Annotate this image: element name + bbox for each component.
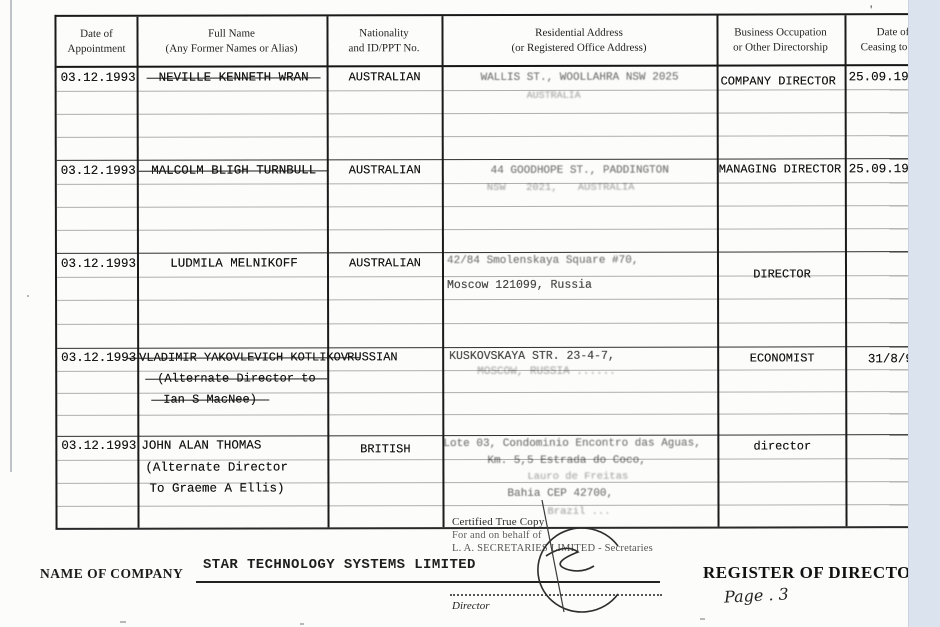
cell-full-name: MALCOLM BLIGH TURNBULL: [151, 163, 316, 177]
header-text: and ID/PPT No.: [327, 41, 442, 56]
cell-full-name: (Alternate Director to: [157, 371, 315, 385]
table-row: 03.12.1993 VLADIMIR YAKOVLEVICH KOTLIKOV…: [57, 347, 940, 437]
cell-nationality: AUSTRALIAN: [329, 256, 441, 270]
header-date-of-appointment: Date of Appointment: [56, 17, 136, 66]
cell-full-name: VLADIMIR YAKOVLEVICH KOTLIKOV: [139, 350, 348, 364]
header-text: Residential Address: [441, 25, 716, 40]
cell-full-name: JOHN ALAN THOMAS: [141, 438, 261, 452]
scan-speck: [300, 623, 304, 625]
page-number: Page . 3: [724, 584, 790, 606]
cell-nationality: BRITISH: [329, 442, 441, 456]
ruled-line: [57, 89, 940, 92]
header-text: (Any Former Names or Alias): [137, 41, 327, 56]
name-of-company-label: NAME OF COMPANY: [40, 566, 183, 582]
cell-date-of-appointment: 03.12.1993: [61, 439, 136, 453]
ruled-line: [57, 298, 940, 301]
table-row: 03.12.1993 LUDMILA MELNIKOFF AUSTRALIAN …: [57, 252, 940, 349]
cell-nationality: AUSTRALIAN: [329, 163, 441, 177]
cell-occupation: ECONOMIST: [719, 351, 845, 365]
ruled-line: [57, 205, 940, 208]
cell-address-line: KUSKOVSKAYA STR. 23-4-7,: [449, 350, 615, 363]
cell-date-of-appointment: 03.12.1993: [61, 71, 136, 85]
table-row: 03.12.1993 NEVILLE KENNETH WRAN AUSTRALI…: [57, 66, 940, 161]
ruled-line: [57, 112, 940, 115]
ruled-line: [57, 135, 940, 138]
cell-address-line: Lote 03, Condominio Encontro das Aguas,: [443, 438, 700, 451]
cell-address-line: 42/84 Smolenskaya Square #70,: [447, 255, 638, 267]
signature-scribble: [468, 498, 678, 616]
cell-nationality: RUSSIAN: [347, 350, 397, 364]
scan-edge-line: [10, 0, 12, 472]
cell-date-of-appointment: 03.12.1993: [61, 164, 136, 178]
header-nationality: Nationality and ID/PPT No.: [326, 16, 441, 65]
scan-speck: [700, 618, 705, 620]
scan-speck: [27, 295, 29, 297]
company-name: STAR TECHNOLOGY SYSTEMS LIMITED: [203, 557, 476, 573]
cell-address-line: WALLIS ST., WOOLLAHRA NSW 2025: [449, 72, 711, 85]
header-text: (or Registered Office Address): [442, 40, 717, 55]
header-text: Nationality: [326, 26, 441, 41]
cell-date-of-appointment: 03.12.1993: [61, 257, 136, 271]
cell-address-line: Moscow 121099, Russia: [447, 279, 592, 292]
cell-address-line: MOSCOW, RUSSIA ......: [477, 366, 616, 378]
header-text: Full Name: [136, 26, 326, 41]
scan-speck: [120, 621, 126, 623]
cell-occupation: MANAGING DIRECTOR: [719, 162, 841, 176]
scanned-register-page: ' Date of Appointment Full Name (Any For…: [0, 0, 940, 627]
header-text: Business Occupation: [716, 25, 844, 40]
header-residential-address: Residential Address (or Registered Offic…: [441, 16, 716, 66]
header-full-name: Full Name (Any Former Names or Alias): [136, 16, 326, 65]
cell-occupation: COMPANY DIRECTOR: [721, 74, 836, 88]
cell-address-line: Lauro de Freitas: [527, 471, 628, 483]
ruled-line: [57, 228, 940, 231]
header-text: Appointment: [57, 41, 137, 56]
cell-occupation: director: [719, 439, 845, 453]
cell-address-line: 44 GOODHOPE ST., PADDINGTON: [449, 165, 711, 178]
cell-full-name: Ian S MacNee): [163, 393, 257, 407]
header-text: Date of: [56, 26, 136, 41]
cell-nationality: AUSTRALIAN: [329, 70, 441, 84]
header-business-occupation: Business Occupation or Other Directorshi…: [716, 15, 844, 64]
register-title: REGISTER OF DIRECTOR: [703, 563, 924, 583]
cell-full-name: NEVILLE KENNETH WRAN: [159, 70, 309, 84]
register-table: Date of Appointment Full Name (Any Forme…: [54, 13, 940, 530]
cell-full-name: (Alternate Director: [145, 460, 288, 474]
cell-address-line: Km. 5,5 Estrada do Coco,: [487, 455, 645, 467]
cell-full-name: LUDMILA MELNIKOFF: [141, 256, 327, 270]
cell-full-name: To Graeme A Ellis): [149, 481, 284, 495]
cell-address-line: NSW 2021, AUSTRALIA: [487, 182, 635, 194]
cell-address-line: AUSTRALIA: [527, 91, 581, 102]
cell-occupation: DIRECTOR: [719, 267, 845, 281]
ruled-line: [57, 322, 940, 325]
document-sheet: ' Date of Appointment Full Name (Any For…: [0, 0, 908, 627]
header-text: or Other Directorship: [717, 40, 845, 55]
cell-date-of-appointment: 03.12.1993: [61, 351, 136, 365]
scan-backdrop-strip: [908, 0, 940, 627]
ruled-line: [57, 413, 940, 416]
table-row: 03.12.1993 MALCOLM BLIGH TURNBULL AUSTRA…: [57, 159, 940, 254]
table-header-row: Date of Appointment Full Name (Any Forme…: [56, 15, 940, 68]
